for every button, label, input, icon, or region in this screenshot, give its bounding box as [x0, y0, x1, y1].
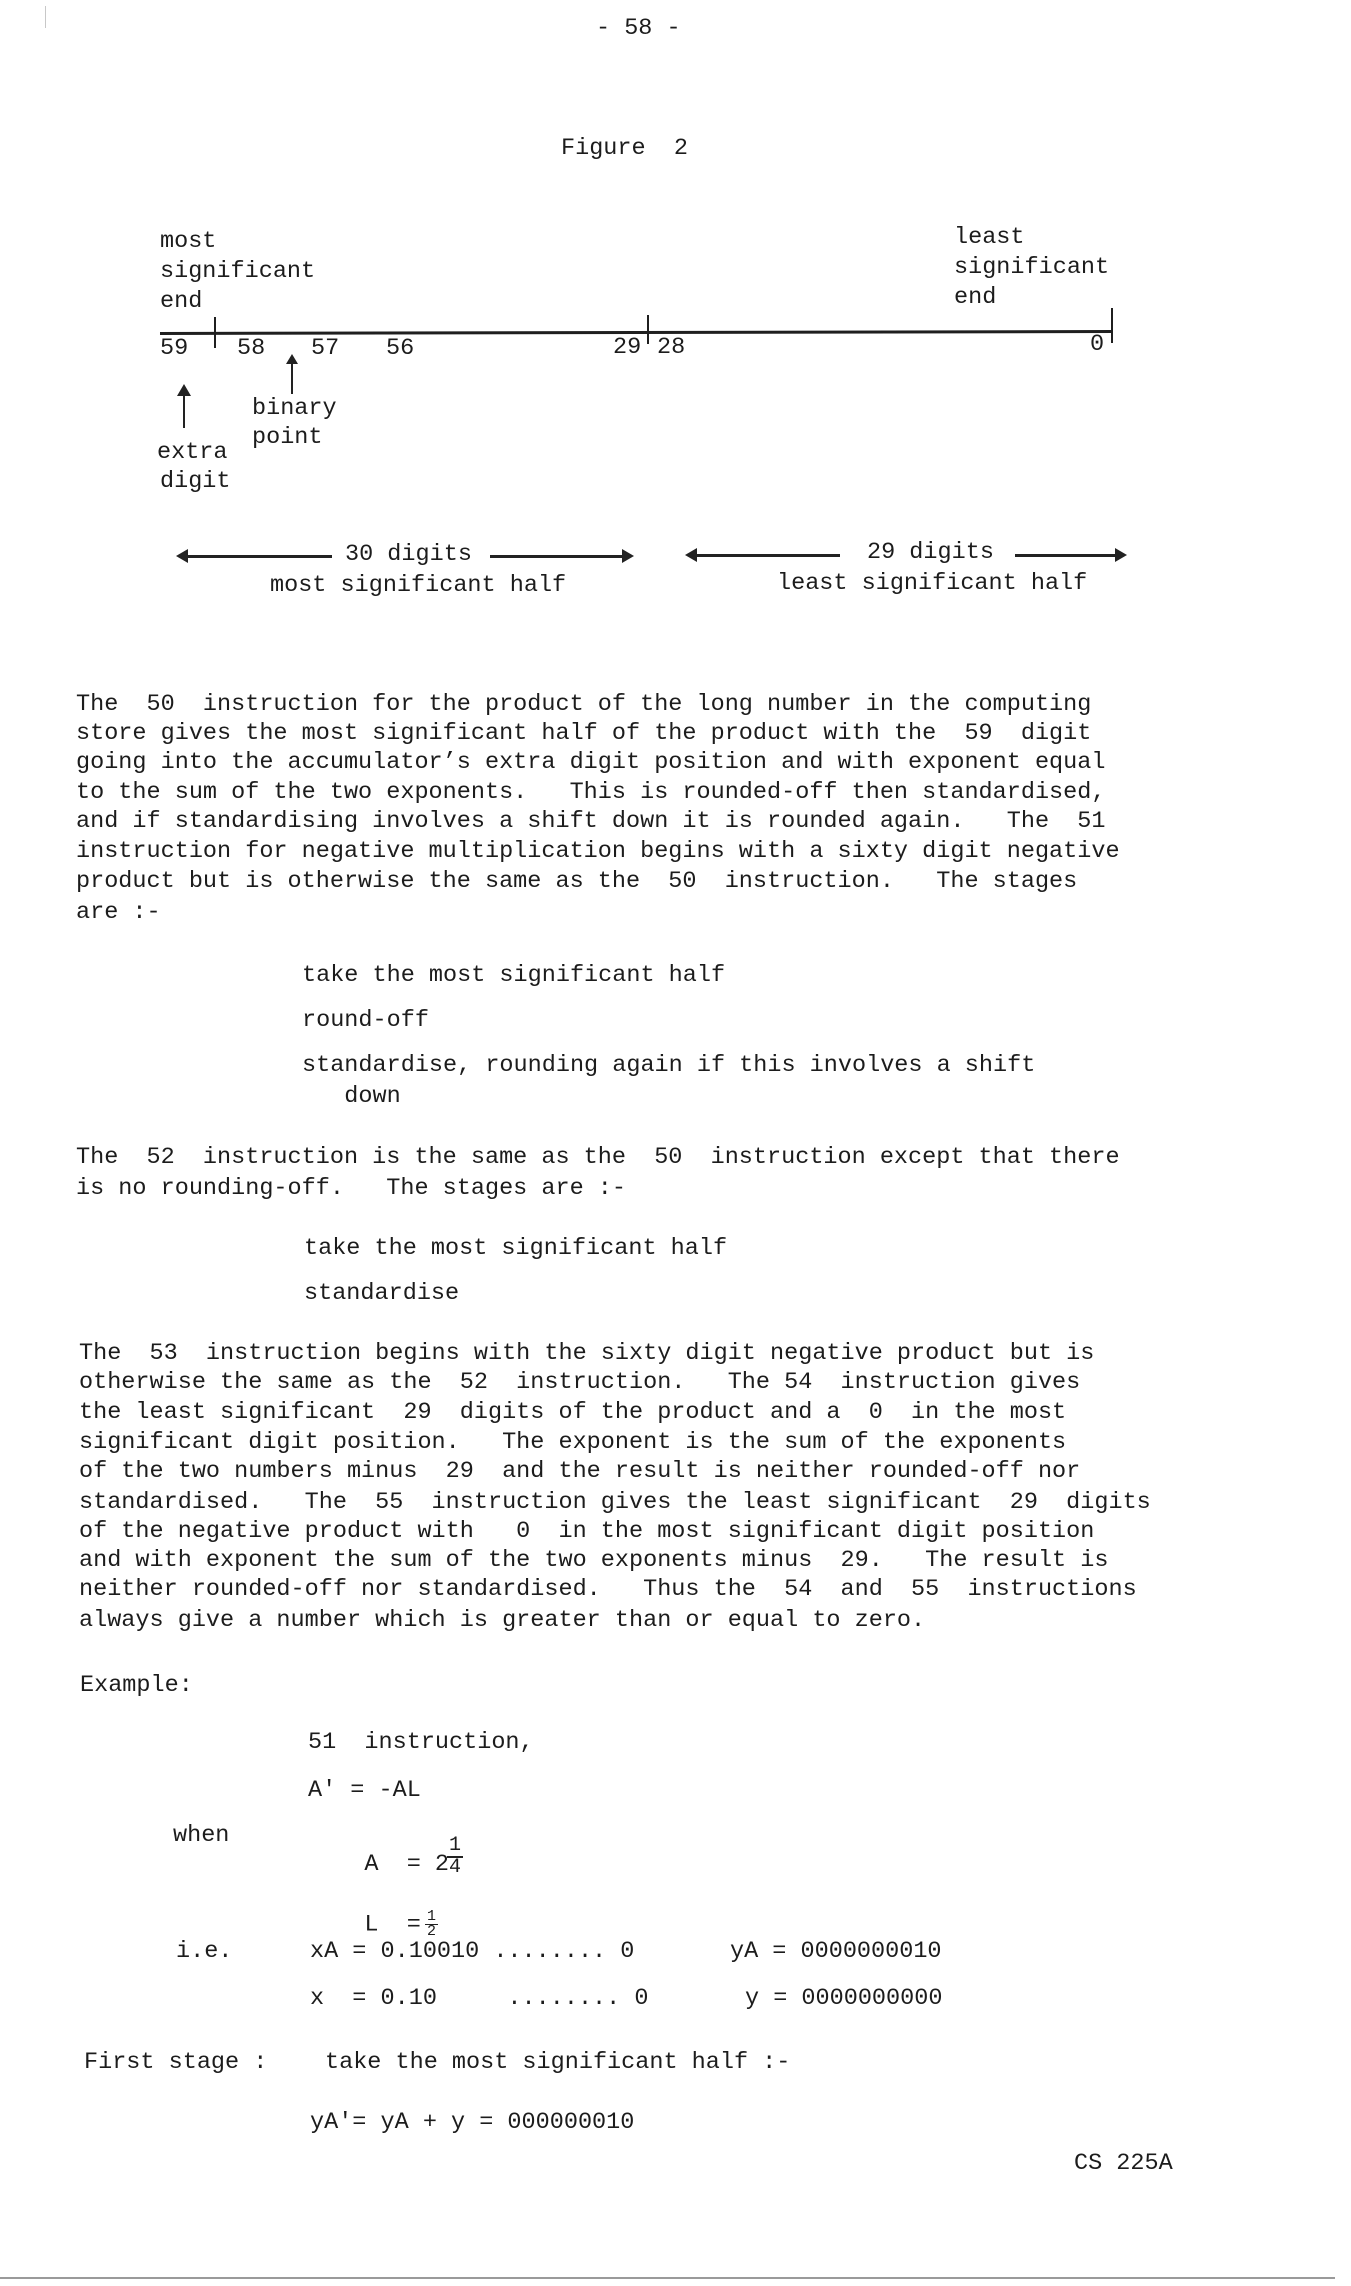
extra-digit-arrow-icon [183, 394, 185, 428]
example-heading: Example: [80, 1672, 193, 1700]
right-end-label-line2: significant [954, 254, 1109, 282]
stage-item: take the most significant half [302, 962, 725, 990]
binary-point-arrow-icon [291, 364, 293, 394]
most-half-right-arrow-icon [490, 555, 624, 558]
text-line: of the two numbers minus 29 and the resu… [79, 1458, 1080, 1486]
fraction-one-quarter: 14 [447, 1836, 463, 1878]
example-yA-value: yA = 0000000010 [730, 1938, 942, 1966]
most-half-left-arrow-icon [186, 555, 332, 558]
bit-label-57: 57 [311, 335, 339, 363]
binary-point-label-line1: binary [252, 395, 337, 423]
text-line: product but is otherwise the same as the… [76, 868, 1077, 896]
stage-item: round-off [302, 1007, 429, 1035]
text-line: is no rounding-off. The stages are :- [76, 1175, 626, 1203]
right-end-label-line3: end [954, 284, 996, 312]
tick-59-58 [214, 317, 216, 348]
first-stage-label: First stage : [84, 2049, 267, 2077]
most-half-label: most significant half [270, 572, 566, 600]
equation-a-lhs: A = 2 [364, 1851, 449, 1878]
fraction-one-half: 12 [425, 1910, 438, 1939]
text-line: The 52 instruction is the same as the 50… [76, 1144, 1120, 1172]
bit-label-59: 59 [160, 335, 188, 363]
stage-item: take the most significant half [304, 1235, 727, 1263]
bit-label-56: 56 [386, 335, 414, 363]
example-instruction: 51 instruction, [308, 1729, 534, 1757]
bit-label-28: 28 [657, 334, 685, 362]
text-line: always give a number which is greater th… [79, 1607, 925, 1635]
example-ie-label: i.e. [176, 1938, 232, 1966]
text-line: The 53 instruction begins with the sixty… [79, 1340, 1094, 1368]
bit-label-58: 58 [237, 335, 265, 363]
first-stage-text: take the most significant half :- [325, 2049, 790, 2077]
text-line: otherwise the same as the 52 instruction… [79, 1369, 1080, 1397]
text-line: store gives the most significant half of… [76, 720, 1091, 748]
example-y-value: y = 0000000000 [745, 1985, 942, 2013]
text-line: instruction for negative multiplication … [76, 838, 1120, 866]
text-line: going into the accumulator’s extra digit… [76, 749, 1105, 777]
stage-item-continuation: down [302, 1083, 401, 1111]
extra-digit-label-line2: digit [160, 468, 231, 496]
left-end-label-line1: most [160, 228, 216, 256]
figure-title: Figure 2 [561, 135, 688, 163]
binary-point-label-line2: point [252, 424, 323, 452]
text-line: The 50 instruction for the product of th… [76, 691, 1091, 719]
text-line: standardised. The 55 instruction gives t… [79, 1489, 1151, 1517]
right-end-label-line1: least [954, 224, 1025, 252]
text-line: significant digit position. The exponent… [79, 1429, 1066, 1457]
bit-label-0: 0 [1090, 331, 1104, 359]
extra-digit-label-line1: extra [157, 439, 228, 467]
text-line: neither rounded-off nor standardised. Th… [79, 1576, 1137, 1604]
text-line: to the sum of the two exponents. This is… [76, 779, 1105, 807]
most-half-count: 30 digits [345, 541, 472, 569]
tick-end-0 [1111, 308, 1113, 343]
text-line: and with exponent the sum of the two exp… [79, 1547, 1108, 1575]
fraction-denominator: 4 [447, 1858, 463, 1878]
page-number: - 58 - [596, 15, 681, 43]
least-half-count: 29 digits [867, 539, 994, 567]
fraction-numerator: 1 [447, 1836, 463, 1858]
example-x-value: x = 0.10 ........ 0 [310, 1985, 648, 2013]
text-line: are :- [76, 899, 161, 927]
stage-item: standardise, rounding again if this invo… [302, 1052, 1035, 1080]
bit-label-29: 29 [613, 334, 641, 362]
example-xA-value: xA = 0.10010 ........ 0 [310, 1938, 634, 1966]
tick-29-28 [647, 315, 649, 344]
text-line: and if standardising involves a shift do… [76, 808, 1105, 836]
example-when-label: when [173, 1822, 229, 1850]
text-line: of the negative product with 0 in the mo… [79, 1518, 1094, 1546]
left-end-label-line3: end [160, 288, 202, 316]
left-end-label-line2: significant [160, 258, 315, 286]
least-half-left-arrow-icon [695, 554, 840, 557]
document-code: CS 225A [1074, 2150, 1173, 2178]
page-bottom-rule [0, 2277, 1335, 2279]
text-line: the least significant 29 digits of the p… [79, 1399, 1066, 1427]
example-equation-a-prime: A′ = -AL [308, 1777, 421, 1805]
stage-item: standardise [304, 1280, 459, 1308]
fraction-denominator: 2 [425, 1925, 438, 1939]
first-stage-result: yA′= yA + y = 000000010 [310, 2109, 634, 2137]
least-half-right-arrow-icon [1015, 554, 1117, 557]
scan-edge-mark [45, 6, 46, 28]
least-half-label: least significant half [777, 570, 1087, 598]
